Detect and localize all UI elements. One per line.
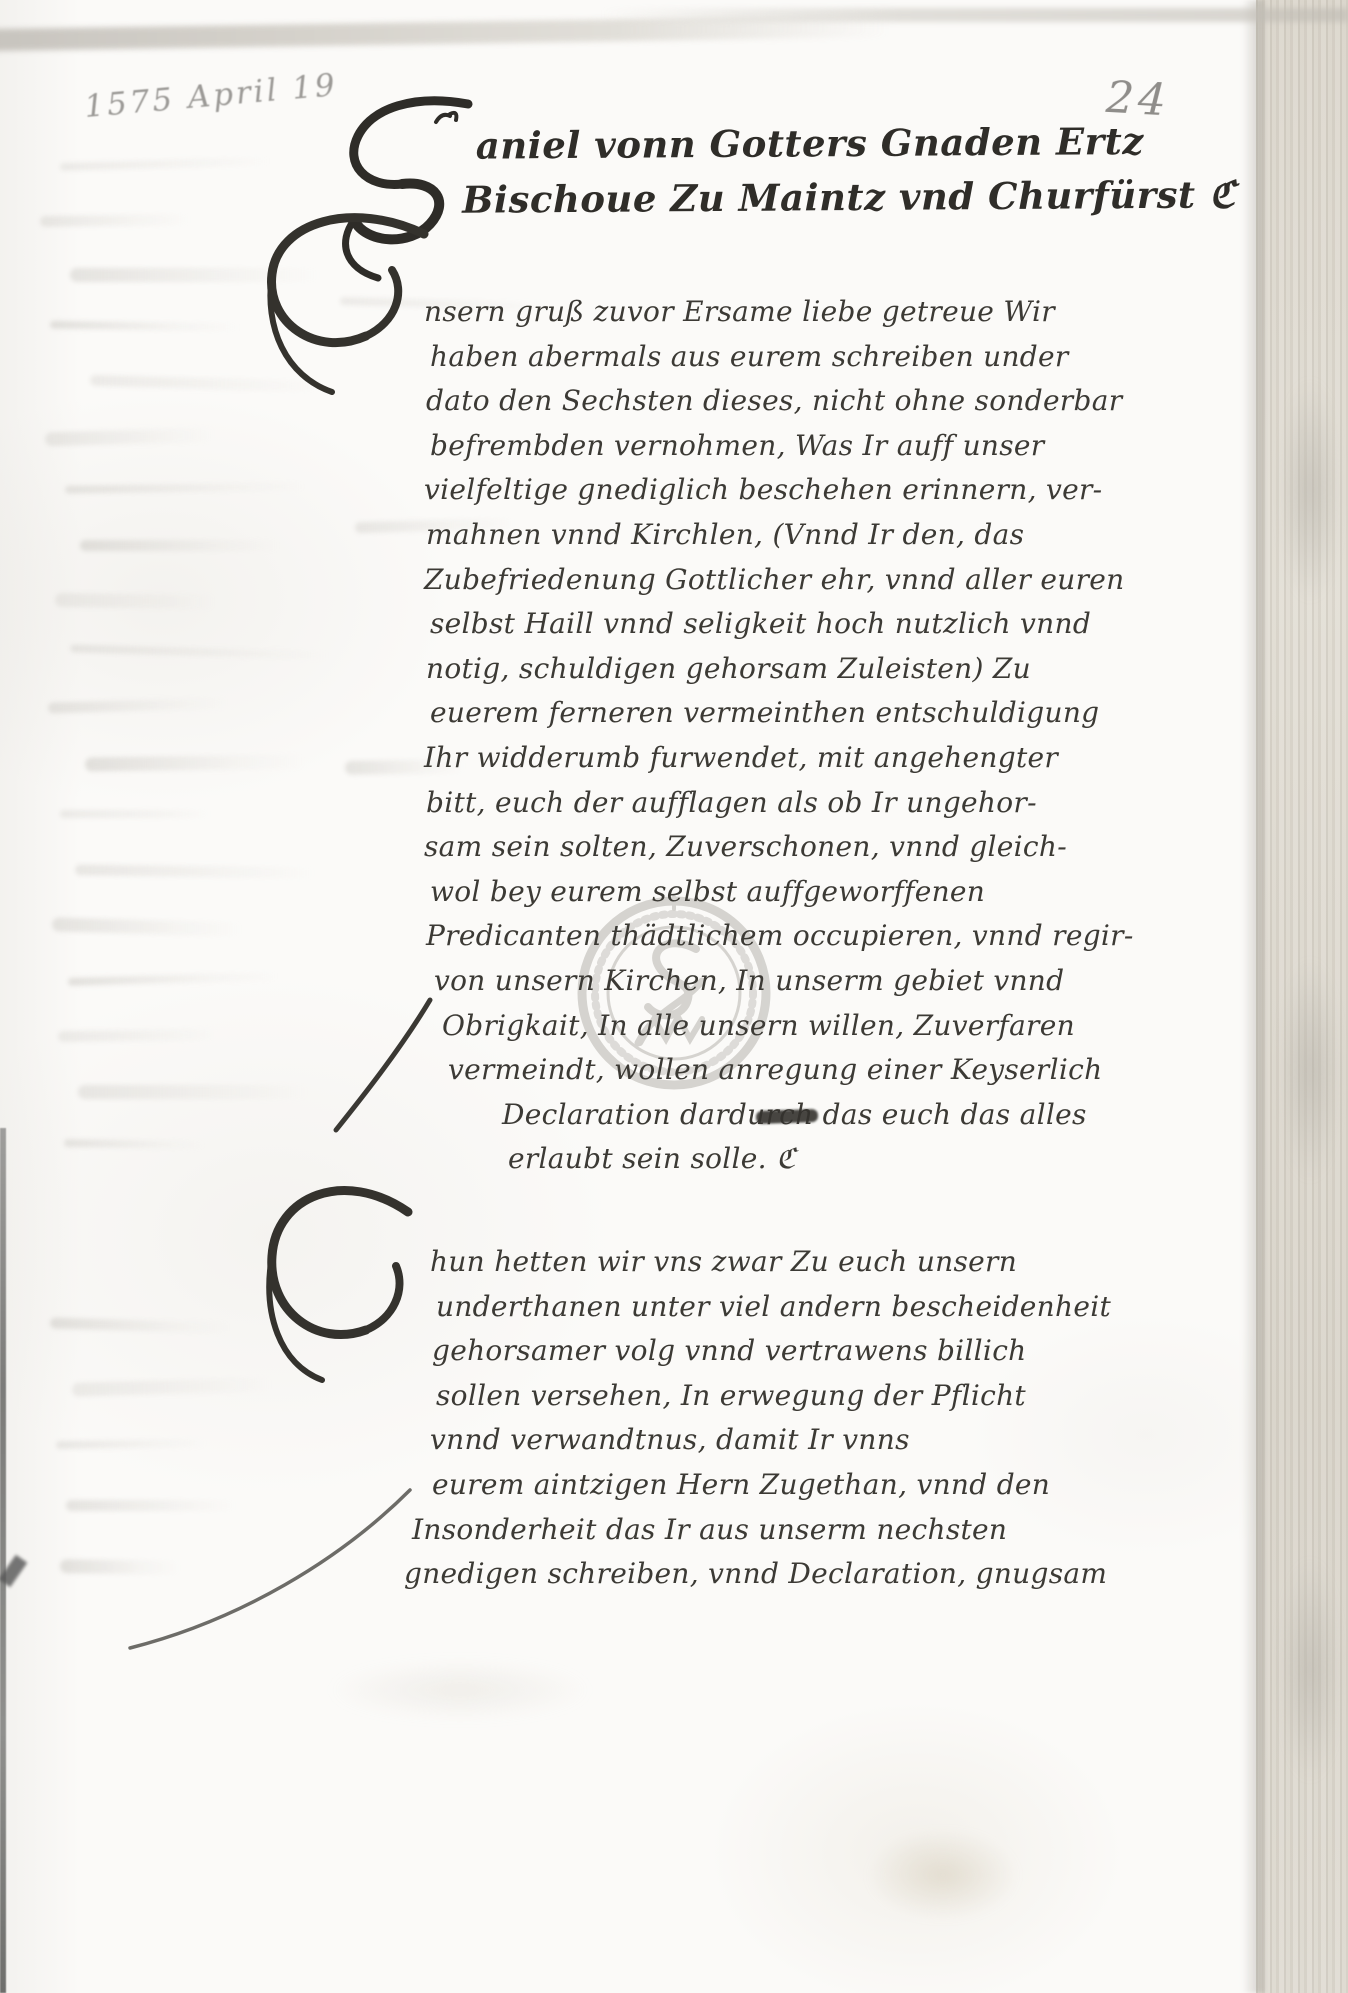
manuscript-line: Zubefriedenung Gottlicher ehr, vnnd alle… (424, 558, 1134, 603)
manuscript-line: sollen versehen, In erwegung der Pflicht (436, 1374, 1111, 1419)
manuscript-line: wol bey eurem selbst auffgeworffenen (430, 870, 1134, 915)
manuscript-line: gehorsamer volg vnnd vertrawens billich (432, 1329, 1111, 1374)
manuscript-line: bitt, euch der aufflagen als ob Ir ungeh… (426, 781, 1134, 826)
manuscript-line: hun hetten wir vns zwar Zu euch unsern (430, 1240, 1111, 1285)
show-through-mark (58, 1029, 218, 1042)
heading-line-2: Bischoue Zu Maintz vnd Churfürst ℭ (462, 167, 1236, 226)
manuscript-line: erlaubt sein solle. ℭ (508, 1137, 1134, 1182)
fore-edge-blotch (1280, 1560, 1340, 1780)
show-through-mark (60, 1559, 180, 1575)
manuscript-line: sam sein solten, Zuverschonen, vnnd glei… (424, 825, 1134, 870)
manuscript-line: mahnen vnnd Kirchlen, (Vnnd Ir den, das (426, 513, 1134, 558)
manuscript-line: vnnd verwandtnus, damit Ir vnns (430, 1418, 1111, 1463)
paper-stain (330, 1660, 590, 1720)
manuscript-line: eurem aintzigen Hern Zugethan, vnnd den (432, 1463, 1111, 1508)
fore-edge-blotch (1280, 380, 1340, 600)
manuscript-line: Predicanten thädtlichem occupieren, vnnd… (426, 914, 1134, 959)
manuscript-line: nsern gruß zuvor Ersame liebe getreue Wi… (424, 290, 1134, 335)
manuscript-line: von unsern Kirchen, In unserm gebiet vnn… (434, 959, 1134, 1004)
binding-edge (0, 1128, 6, 1993)
show-through-mark (80, 540, 280, 551)
show-through-mark (66, 1500, 236, 1511)
manuscript-line: notig, schuldigen gehorsam Zuleisten) Zu (426, 647, 1134, 692)
manuscript-line: selbst Haill vnnd seligkeit hoch nutzlic… (430, 602, 1134, 647)
manuscript-line: gnedigen schreiben, vnnd Declaration, gn… (404, 1552, 1111, 1597)
paper-stain (868, 1830, 1018, 1920)
ink-strikethrough (756, 1109, 818, 1124)
fore-edge-blotch (1280, 960, 1340, 1180)
show-through-mark (60, 810, 210, 818)
fore-edge-shadow (1242, 0, 1264, 1993)
manuscript-line: Insonderheit das Ir aus unserm nechsten (412, 1508, 1111, 1553)
show-through-mark (40, 214, 190, 227)
manuscript-line: euerem ferneren vermeinthen entschuldigu… (430, 691, 1134, 736)
manuscript-line: vermeindt, wollen anregung einer Keyserl… (448, 1048, 1134, 1093)
manuscript-line: Obrigkait, In alle unsern willen, Zuverf… (442, 1004, 1134, 1049)
paragraph-2: hun hetten wir vns zwar Zu euch unsern u… (430, 1240, 1111, 1597)
manuscript-line: underthanen unter viel andern bescheiden… (436, 1285, 1111, 1330)
manuscript-line: dato den Sechsten dieses, nicht ohne son… (426, 379, 1134, 424)
heading-line-1: aniel vonn Gotters Gnaden Ertz (476, 113, 1236, 172)
paragraph-1: nsern gruß zuvor Ersame liebe getreue Wi… (424, 290, 1134, 1182)
show-through-mark (55, 593, 215, 609)
manuscript-page-scan: 1575 April 19 24 aniel vonn Gotters Gnad… (0, 0, 1348, 1993)
manuscript-line: Ihr widderumb furwendet, mit angehengter (424, 736, 1134, 781)
manuscript-line: vielfeltige gnediglich beschehen erinner… (424, 468, 1134, 513)
manuscript-line: haben abermals aus eurem schreiben under (430, 335, 1134, 380)
show-through-mark (70, 268, 320, 282)
show-through-mark (78, 1085, 308, 1099)
document-heading: aniel vonn Gotters Gnaden Ertz Bischoue … (476, 113, 1236, 226)
manuscript-line: befrembden vernohmen, Was Ir auff unser (430, 424, 1134, 469)
page-top-edge (600, 8, 1348, 22)
